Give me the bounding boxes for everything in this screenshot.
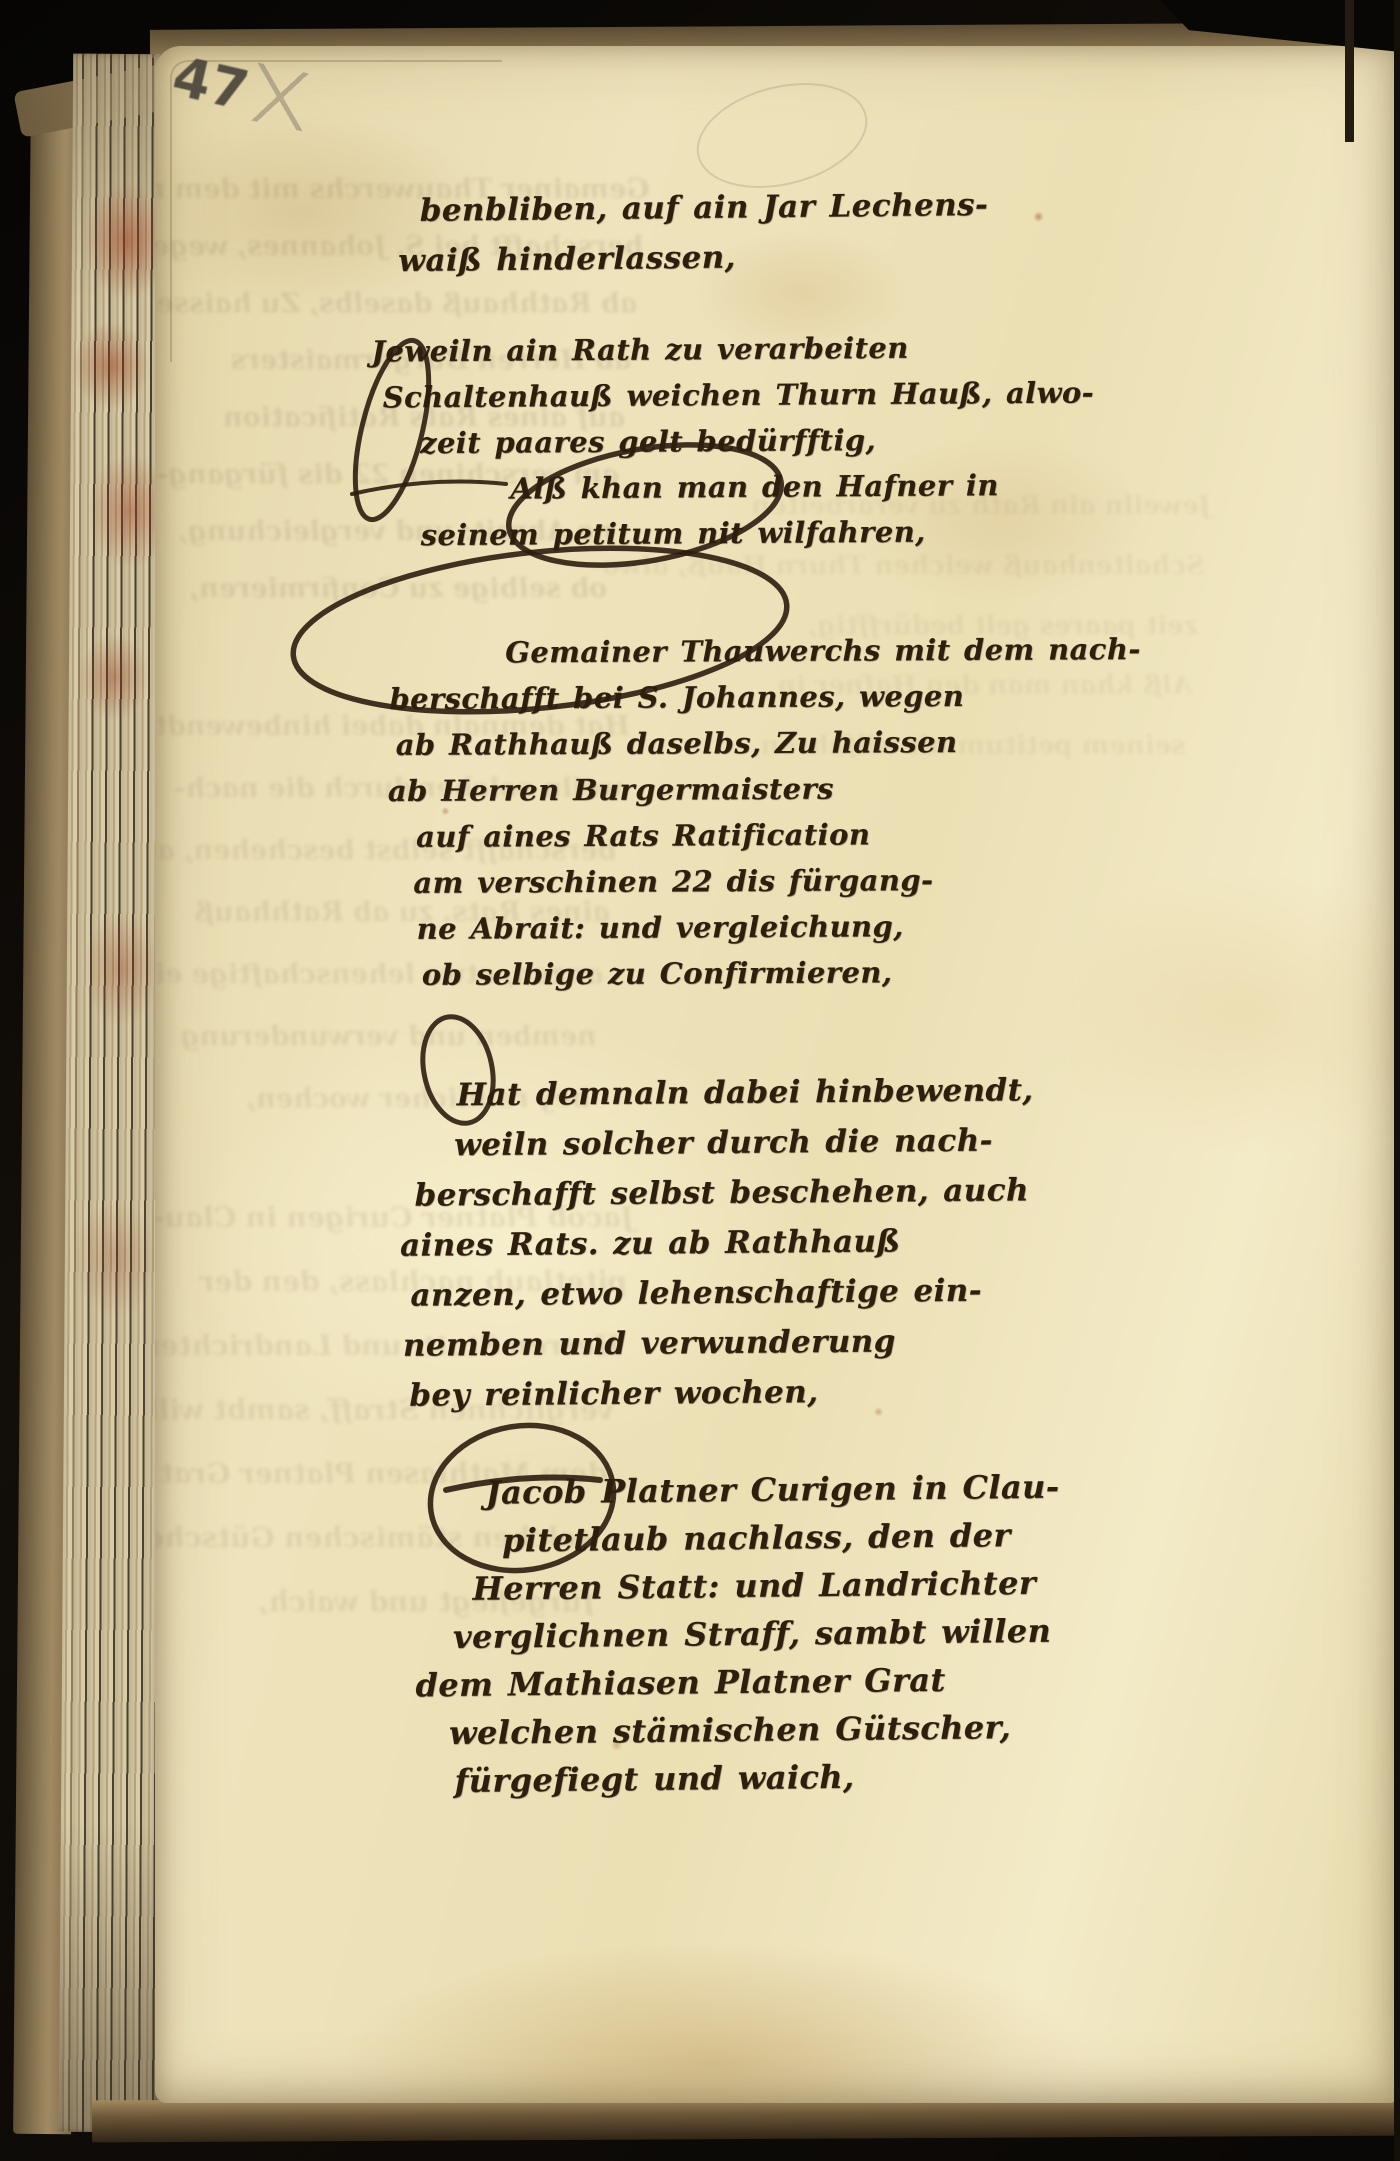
manuscript-line: Jacob Platner Curigen in Clau- bbox=[485, 1463, 1059, 1517]
manuscript-line: Gemainer Thauwerchs mit dem nach- bbox=[505, 626, 1141, 675]
top-right-board-gap bbox=[1345, 0, 1354, 142]
manuscript-line: weiln solcher durch die nach- bbox=[454, 1115, 1034, 1170]
manuscript-line: berschafft bei S. Johannes, wegen bbox=[389, 672, 1141, 722]
manuscript-line: auf aines Rats Ratification bbox=[416, 810, 1142, 860]
manuscript-line: ab Herren Burgermaisters bbox=[388, 764, 1142, 814]
manuscript-line: ob selbige zu Confirmieren, bbox=[422, 948, 1143, 998]
manuscript-line: fürgefiegt und waich, bbox=[454, 1751, 1062, 1805]
manuscript-line: Jeweiln ain Rath zu verarbeiten bbox=[371, 323, 1094, 374]
manuscript-line: waiß hinderlassen, bbox=[398, 230, 989, 286]
manuscript-line: Hat demnaln dabei hinbewendt, bbox=[456, 1065, 1033, 1120]
manuscript-line: zeit paares gelt bedürfftig, bbox=[420, 415, 1095, 466]
manuscript-line: Alß khan man den Hafner in bbox=[510, 461, 1095, 511]
manuscript-line: ne Abrait: und vergleichung, bbox=[416, 902, 1142, 952]
folio-number: 47 bbox=[167, 46, 254, 123]
manuscript-line: berschafft selbst beschehen, auch bbox=[414, 1165, 1034, 1220]
manuscript-page: 47 Gemainer Thauwerchs mit dem nach- ber… bbox=[155, 46, 1396, 2103]
text-block-5: Jacob Platner Curigen in Clau- pitetlaub… bbox=[413, 1463, 1062, 1806]
manuscript-line: verglichnen Straff, sambt willen bbox=[453, 1607, 1061, 1661]
text-block-3: Gemainer Thauwerchs mit dem nach- bersch… bbox=[387, 626, 1142, 998]
manuscript-line: aines Rats. zu ab Rathhauß bbox=[400, 1215, 1035, 1271]
manuscript-line: pitetlaub nachlass, den der bbox=[502, 1511, 1060, 1565]
manuscript-line: nemben und verwunderung bbox=[403, 1315, 1036, 1371]
manuscript-line: dem Mathiasen Platner Grat bbox=[415, 1655, 1061, 1710]
manuscript-line: am verschinen 22 dis fürgang- bbox=[413, 856, 1142, 906]
text-block-1: benbliben, auf ain Jar Lechens- waiß hin… bbox=[397, 180, 988, 286]
manuscript-line: Schaltenhauß weichen Thurn Hauß, alwo- bbox=[383, 369, 1095, 420]
manuscript-line: benbliben, auf ain Jar Lechens- bbox=[419, 180, 988, 236]
text-block-2: Jeweiln ain Rath zu verarbeiten Schalten… bbox=[371, 323, 1095, 558]
manuscript-line: bey reinlicher wochen, bbox=[409, 1365, 1036, 1420]
manuscript-line: welchen stämischen Gütscher, bbox=[449, 1703, 1062, 1757]
manuscript-line: seinem petitum nit wilfahren, bbox=[420, 507, 1095, 558]
text-block-4: Hat demnaln dabei hinbewendt, weiln solc… bbox=[398, 1065, 1036, 1421]
manuscript-photo: 47 Gemainer Thauwerchs mit dem nach- ber… bbox=[0, 0, 1400, 2161]
manuscript-line: Herren Statt: und Landrichter bbox=[472, 1559, 1060, 1613]
manuscript-line: ab Rathhauß daselbs, Zu haissen bbox=[396, 718, 1142, 768]
pencil-cross-mark bbox=[246, 63, 315, 132]
right-edge-shadow bbox=[1394, 0, 1400, 2161]
manuscript-line: anzen, etwo lehenschaftige ein- bbox=[410, 1265, 1035, 1320]
